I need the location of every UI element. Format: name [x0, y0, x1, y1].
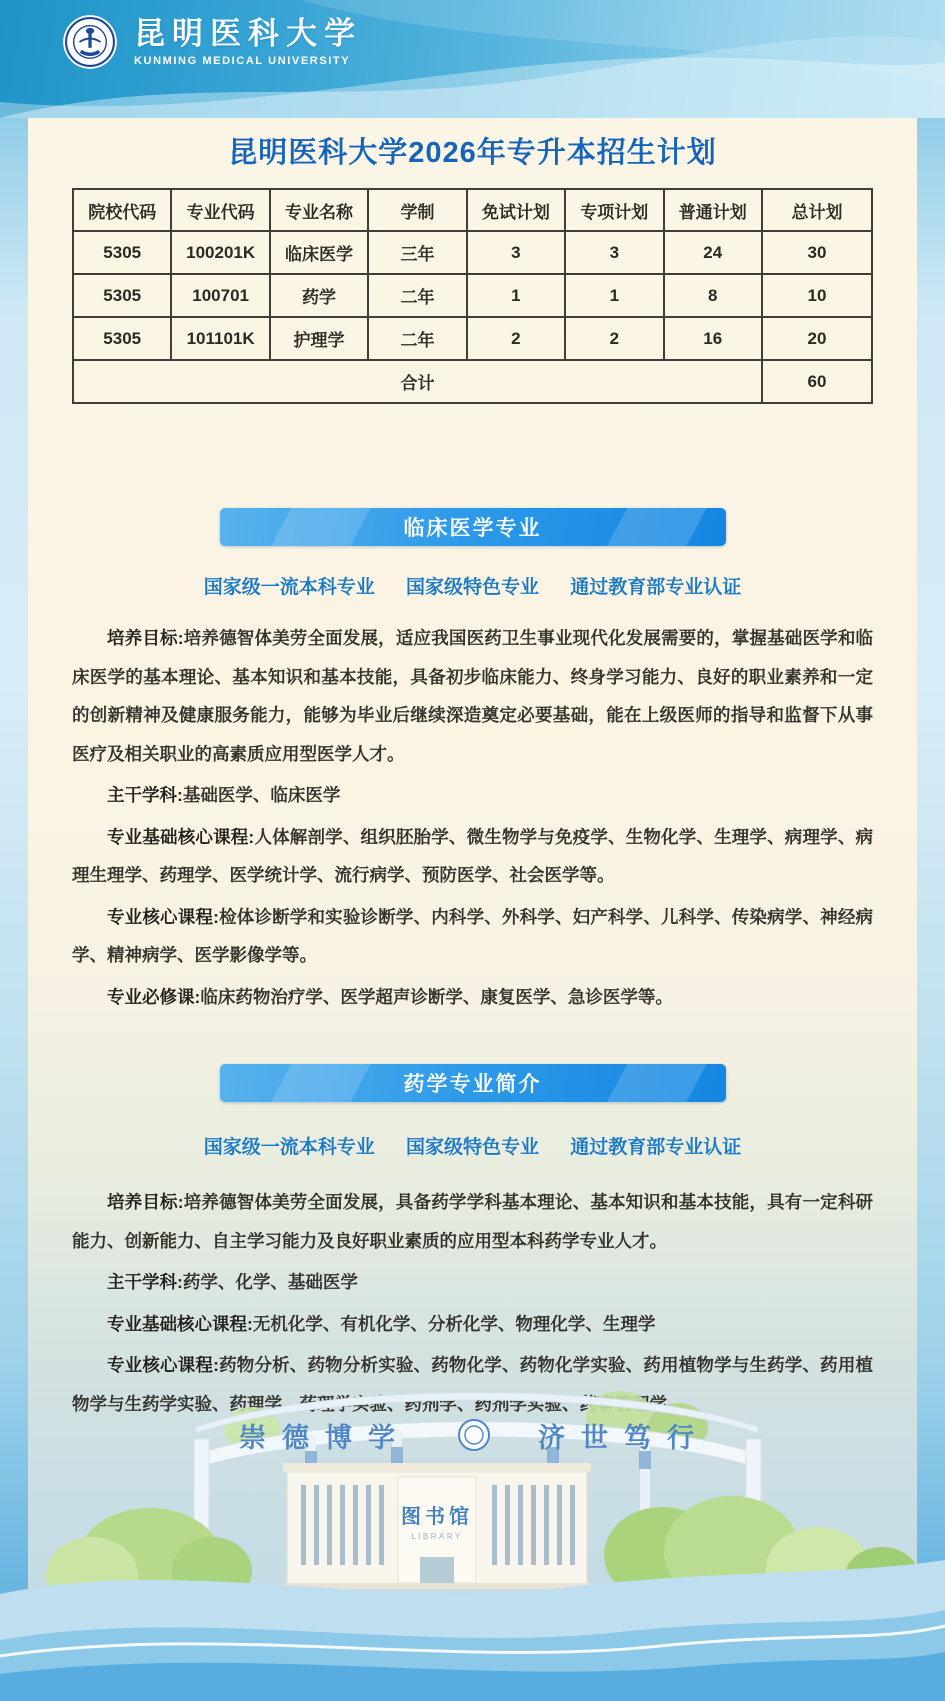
paragraph-label: 主干学科:: [107, 785, 183, 805]
paragraph-label: 主干学科:: [107, 1272, 183, 1292]
col-header: 院校代码: [73, 189, 171, 231]
paragraph-text: 培养德智体美劳全面发展，具备药学学科基本理论、基本知识和基本技能，具有一定科研能…: [72, 1192, 873, 1251]
badge: 国家级特色专业: [406, 1137, 539, 1158]
accreditation-badges: 国家级一流本科专业 国家级特色专业 通过教育部专业认证: [72, 572, 873, 599]
header-band: 昆明医科大学 KUNMING MEDICAL UNIVERSITY: [0, 0, 945, 118]
col-header: 专业名称: [270, 189, 368, 231]
col-header: 免试计划: [467, 189, 565, 231]
paragraph: 主干学科:药学、化学、基础医学: [72, 1263, 873, 1302]
paragraph-text: 临床药物治疗学、医学超声诊断学、康复医学、急诊医学等。: [200, 987, 673, 1007]
table-cell: 药学: [270, 274, 368, 317]
table-cell: 二年: [368, 274, 466, 317]
table-cell: 2: [565, 317, 663, 360]
paragraph-text: 药学、化学、基础医学: [183, 1272, 358, 1292]
col-header: 普通计划: [664, 189, 762, 231]
table-cell: 临床医学: [270, 231, 368, 274]
badge: 国家级特色专业: [406, 577, 539, 598]
table-cell: 二年: [368, 317, 466, 360]
table-cell: 101101K: [171, 317, 269, 360]
table-cell: 1: [565, 274, 663, 317]
brand-text: 昆明医科大学 KUNMING MEDICAL UNIVERSITY: [134, 17, 362, 67]
banner-label: 药学专业简介: [404, 1068, 542, 1098]
table-cell: 100701: [171, 274, 269, 317]
total-label-cell: 合计: [73, 360, 762, 403]
university-name-cn: 昆明医科大学: [134, 17, 362, 51]
table-cell: 100201K: [171, 231, 269, 274]
table-row: 5305 101101K 护理学 二年 2 2 16 20: [73, 317, 872, 360]
footer-waves: [0, 1536, 945, 1701]
paragraph: 专业必修课:临床药物治疗学、医学超声诊断学、康复医学、急诊医学等。: [72, 978, 873, 1017]
table-cell: 护理学: [270, 317, 368, 360]
table-cell: 5305: [73, 317, 171, 360]
col-header: 学制: [368, 189, 466, 231]
section-body-clinical: 培养目标:培养德智体美劳全面发展，适应我国医药卫生事业现代化发展需要的，掌握基础…: [72, 619, 873, 1016]
table-cell: 2: [467, 317, 565, 360]
paragraph-label: 专业核心课程:: [107, 907, 219, 927]
table-cell: 10: [762, 274, 872, 317]
col-header: 总计划: [762, 189, 872, 231]
paragraph: 主干学科:基础医学、临床医学: [72, 776, 873, 815]
table-cell: 30: [762, 231, 872, 274]
admission-poster: 昆明医科大学2026年专升本招生计划 院校代码 专业代码 专业名称 学制 免试计…: [0, 0, 945, 1701]
table-cell: 5305: [73, 274, 171, 317]
motto-left: 崇德博学: [239, 1423, 411, 1453]
library-name: 图书馆: [401, 1504, 473, 1528]
accreditation-badges: 国家级一流本科专业 国家级特色专业 通过教育部专业认证: [72, 1132, 873, 1159]
table-row: 5305 100701 药学 二年 1 1 8 10: [73, 274, 872, 317]
table-cell: 20: [762, 317, 872, 360]
table-cell: 1: [467, 274, 565, 317]
table-cell: 三年: [368, 231, 466, 274]
table-cell: 16: [664, 317, 762, 360]
table-header-row: 院校代码 专业代码 专业名称 学制 免试计划 专项计划 普通计划 总计划: [73, 189, 872, 231]
page-title: 昆明医科大学2026年专升本招生计划: [72, 130, 873, 171]
table-cell: 8: [664, 274, 762, 317]
badge: 通过教育部专业认证: [570, 1137, 741, 1158]
admission-plan-table: 院校代码 专业代码 专业名称 学制 免试计划 专项计划 普通计划 总计划 530…: [72, 188, 873, 404]
section-banner-clinical: 临床医学专业: [220, 508, 726, 546]
paragraph: 培养目标:培养德智体美劳全面发展，适应我国医药卫生事业现代化发展需要的，掌握基础…: [72, 619, 873, 773]
total-value-cell: 60: [762, 360, 872, 403]
table-cell: 3: [467, 231, 565, 274]
table-row: 5305 100201K 临床医学 三年 3 3 24 30: [73, 231, 872, 274]
panel-inner: 昆明医科大学2026年专升本招生计划 院校代码 专业代码 专业名称 学制 免试计…: [28, 112, 917, 1423]
university-brand: 昆明医科大学 KUNMING MEDICAL UNIVERSITY: [62, 14, 362, 70]
paragraph-text: 培养德智体美劳全面发展，适应我国医药卫生事业现代化发展需要的，掌握基础医学和临床…: [72, 628, 873, 764]
col-header: 专业代码: [171, 189, 269, 231]
section-banner-pharmacy: 药学专业简介: [220, 1064, 726, 1102]
banner-label: 临床医学专业: [404, 512, 542, 542]
col-header: 专项计划: [565, 189, 663, 231]
badge: 国家级一流本科专业: [204, 1137, 375, 1158]
paragraph: 专业基础核心课程:人体解剖学、组织胚胎学、微生物学与免疫学、生物化学、生理学、病…: [72, 818, 873, 895]
paragraph-label: 培养目标:: [107, 628, 184, 648]
table-cell: 5305: [73, 231, 171, 274]
paragraph-text: 基础医学、临床医学: [183, 785, 341, 805]
paragraph-text: 无机化学、有机化学、分析化学、物理化学、生理学: [253, 1314, 656, 1334]
badge: 通过教育部专业认证: [570, 577, 741, 598]
university-logo: [62, 14, 118, 70]
table-cell: 24: [664, 231, 762, 274]
post-plaque: [639, 1451, 651, 1469]
paragraph: 培养目标:培养德智体美劳全面发展，具备药学学科基本理论、基本知识和基本技能，具有…: [72, 1183, 873, 1260]
university-name-en: KUNMING MEDICAL UNIVERSITY: [134, 55, 362, 67]
badge: 国家级一流本科专业: [204, 577, 375, 598]
university-seal-icon: [459, 1420, 489, 1450]
paragraph-label: 培养目标:: [107, 1192, 184, 1212]
paragraph-label: 专业基础核心课程:: [107, 1314, 253, 1334]
library-parapet: [283, 1463, 591, 1472]
motto-right: 济世笃行: [538, 1422, 710, 1453]
paragraph-label: 专业必修课:: [107, 987, 200, 1007]
paragraph: 专业基础核心课程:无机化学、有机化学、分析化学、物理化学、生理学: [72, 1305, 873, 1344]
table-total-row: 合计 60: [73, 360, 872, 403]
table-cell: 3: [565, 231, 663, 274]
paragraph-label: 专业基础核心课程:: [107, 827, 254, 847]
paragraph: 专业核心课程:检体诊断学和实验诊断学、内科学、外科学、妇产科学、儿科学、传染病学…: [72, 898, 873, 975]
